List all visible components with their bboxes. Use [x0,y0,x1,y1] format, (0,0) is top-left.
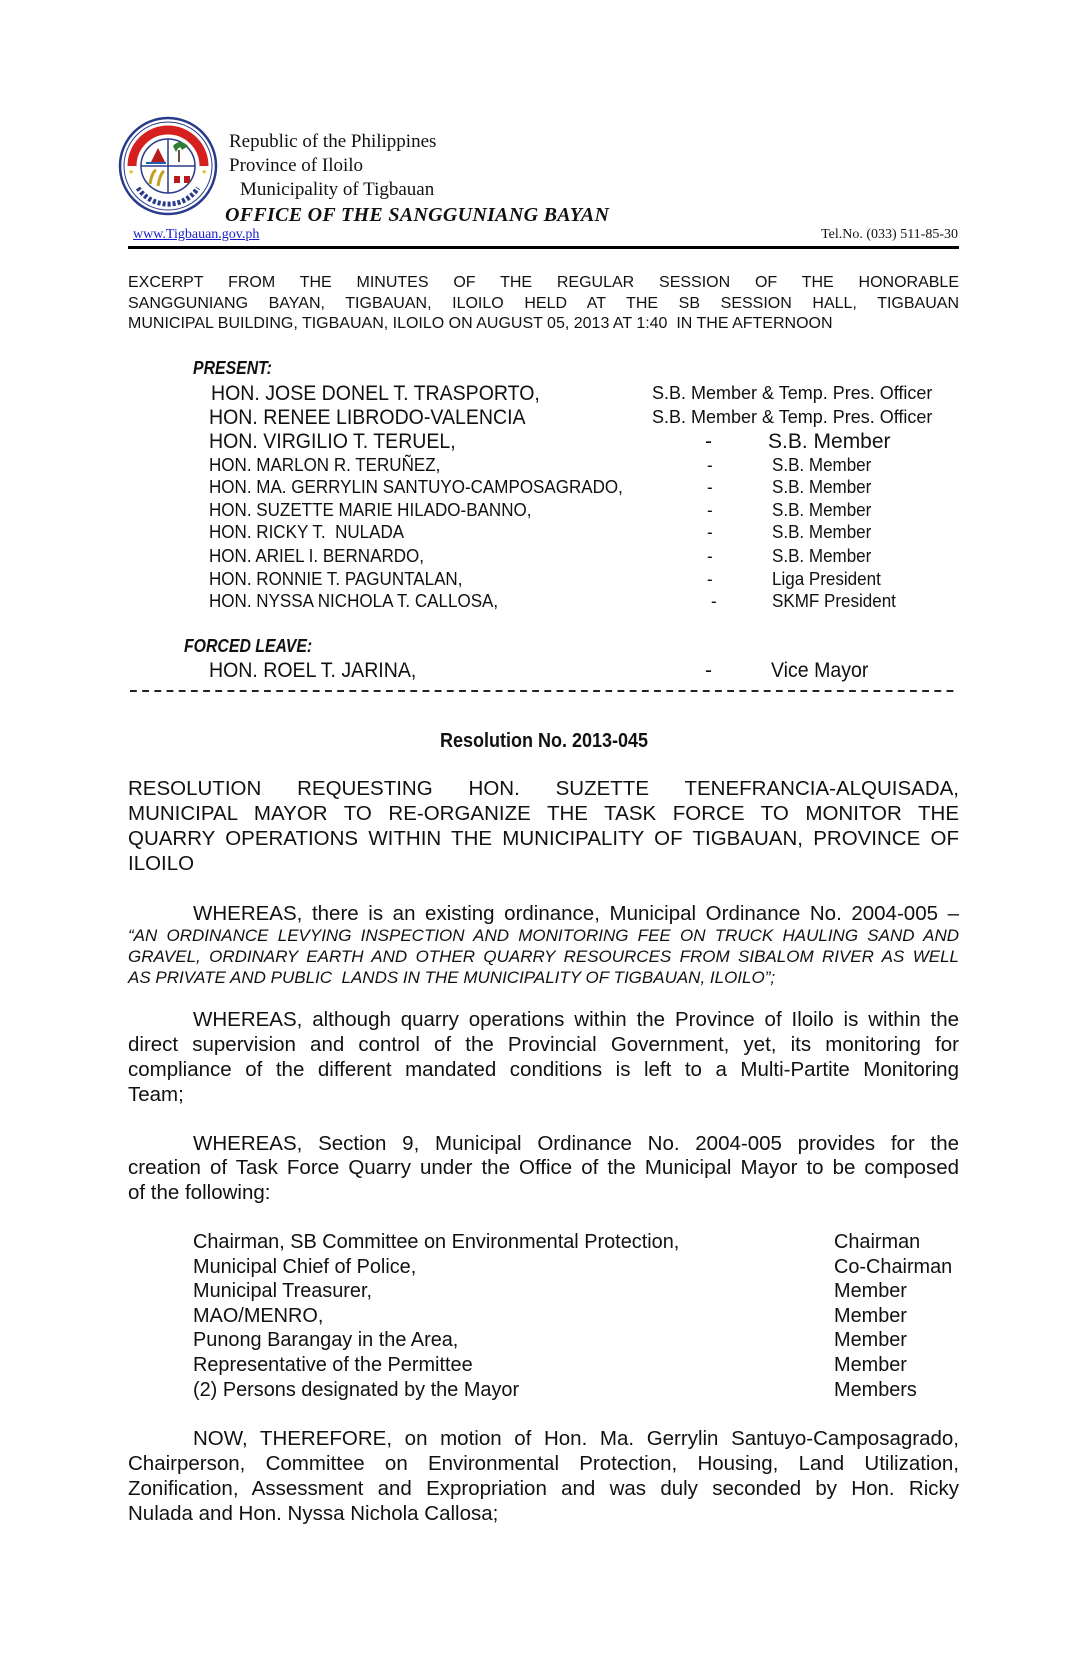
attendee-role: Liga President [772,570,881,589]
attendee-dash: - [707,523,713,542]
attendee-dash: - [707,547,713,566]
letterhead-rule [128,246,959,249]
seal-icon: ★ ★ [118,116,218,216]
attendee-name: HON. JOSE DONEL T. TRASPORTO, [211,383,540,404]
attendee-role: S.B. Member & Temp. Pres. Officer [652,384,932,402]
resolution-title-line: ILOILO [128,854,194,875]
attendee-dash: - [705,431,712,452]
task-force-member: MAO/MENRO, [193,1306,323,1327]
task-force-member: Punong Barangay in the Area, [193,1330,458,1351]
whereas-paragraph-2: WHEREAS, although quarry operations with… [193,1010,959,1031]
attendee-dash: - [711,592,717,611]
task-force-member: Municipal Chief of Police, [193,1257,416,1278]
ordinance-quote-line: “AN ORDINANCE LEVYING INSPECTION AND MON… [128,927,959,944]
attendee-name: HON. ROEL T. JARINA, [209,660,416,681]
letterhead-office: OFFICE OF THE SANGGUNIANG BAYAN [225,205,609,225]
present-label: PRESENT: [193,359,272,377]
attendee-role: SKMF President [772,592,896,611]
letterhead-country: Republic of the Philippines [229,132,436,151]
task-force-position: Members [834,1380,917,1401]
attendee-name: HON. NYSSA NICHOLA T. CALLOSA, [209,592,498,611]
task-force-position: Member [834,1306,907,1327]
attendee-role: S.B. Member [772,478,871,497]
attendee-role: S.B. Member [768,431,891,452]
excerpt-line: SANGGUNIANG BAYAN, TIGBAUAN, ILOILO HELD… [128,296,959,312]
attendee-name: HON. MARLON R. TERUÑEZ, [209,456,440,475]
now-therefore-paragraph: Chairperson, Committee on Environmental … [128,1454,959,1475]
resolution-title-line: QUARRY OPERATIONS WITHIN THE MUNICIPALIT… [128,829,959,850]
attendee-name: HON. RONNIE T. PAGUNTALAN, [209,570,462,589]
letterhead-province: Province of Iloilo [229,156,363,175]
task-force-position: Member [834,1281,907,1302]
attendee-name: HON. SUZETTE MARIE HILADO-BANNO, [209,501,531,520]
whereas-paragraph-3: creation of Task Force Quarry under the … [128,1158,959,1179]
whereas-paragraph-2: direct supervision and control of the Pr… [128,1035,959,1056]
svg-text:★: ★ [128,168,134,176]
attendee-role: Vice Mayor [771,660,868,681]
whereas-paragraph-2: compliance of the different mandated con… [128,1060,959,1081]
whereas-paragraph-2: Team; [128,1085,184,1106]
task-force-member: Municipal Treasurer, [193,1281,372,1302]
whereas-paragraph-3: WHEREAS, Section 9, Municipal Ordinance … [193,1134,959,1155]
attendee-role: S.B. Member [772,456,871,475]
task-force-member: Chairman, SB Committee on Environmental … [193,1232,679,1253]
attendee-role: S.B. Member [772,547,871,566]
ordinance-quote-line: GRAVEL, ORDINARY EARTH AND OTHER QUARRY … [128,948,959,965]
attendee-dash: - [707,501,713,520]
task-force-member: Representative of the Permittee [193,1355,473,1376]
task-force-member: (2) Persons designated by the Mayor [193,1380,519,1401]
municipal-seal-logo: ★ ★ [118,116,218,216]
attendee-dash: - [705,660,712,681]
attendee-role: S.B. Member [772,523,871,542]
whereas-paragraph-1: WHEREAS, there is an existing ordinance,… [193,904,959,925]
now-therefore-paragraph: NOW, THEREFORE, on motion of Hon. Ma. Ge… [193,1429,959,1450]
telephone-number: Tel.No. (033) 511-85-30 [821,228,958,242]
attendee-name: HON. ARIEL I. BERNARDO, [209,547,424,566]
attendee-dash: - [707,478,713,497]
attendee-name: HON. MA. GERRYLIN SANTUYO-CAMPOSAGRADO, [209,478,623,497]
excerpt-line: EXCERPT FROM THE MINUTES OF THE REGULAR … [128,275,959,291]
task-force-position: Chairman [834,1232,920,1253]
attendee-name: HON. VIRGILIO T. TERUEL, [209,431,456,452]
now-therefore-paragraph: Zonification, Assessment and Expropriati… [128,1479,959,1500]
whereas-paragraph-3: of the following: [128,1183,270,1204]
excerpt-line: MUNICIPAL BUILDING, TIGBAUAN, ILOILO ON … [128,316,833,332]
now-therefore-paragraph: Nulada and Hon. Nyssa Nichola Callosa; [128,1504,498,1525]
attendee-role: S.B. Member & Temp. Pres. Officer [652,408,932,426]
resolution-number: Resolution No. 2013-045 [54,731,1033,751]
svg-text:★: ★ [201,168,207,176]
ordinance-quote-line: AS PRIVATE AND PUBLIC LANDS IN THE MUNIC… [128,969,775,986]
resolution-title-line: RESOLUTION REQUESTING HON. SUZETTE TENEF… [128,779,959,800]
attendee-name: HON. RICKY T. NULADA [209,523,404,542]
attendee-dash: - [707,570,713,589]
attendee-role: S.B. Member [772,501,871,520]
attendee-dash: - [707,456,713,475]
website-link[interactable]: www.Tigbauan.gov.ph [133,228,259,242]
section-divider [130,690,956,692]
task-force-position: Member [834,1355,907,1376]
task-force-position: Member [834,1330,907,1351]
attendee-name: HON. RENEE LIBRODO-VALENCIA [209,407,526,428]
task-force-position: Co-Chairman [834,1257,952,1278]
forced-leave-label: FORCED LEAVE: [184,637,312,655]
resolution-title-line: MUNICIPAL MAYOR TO RE-ORGANIZE THE TASK … [128,804,959,825]
letterhead-municipality: Municipality of Tigbauan [240,180,434,199]
